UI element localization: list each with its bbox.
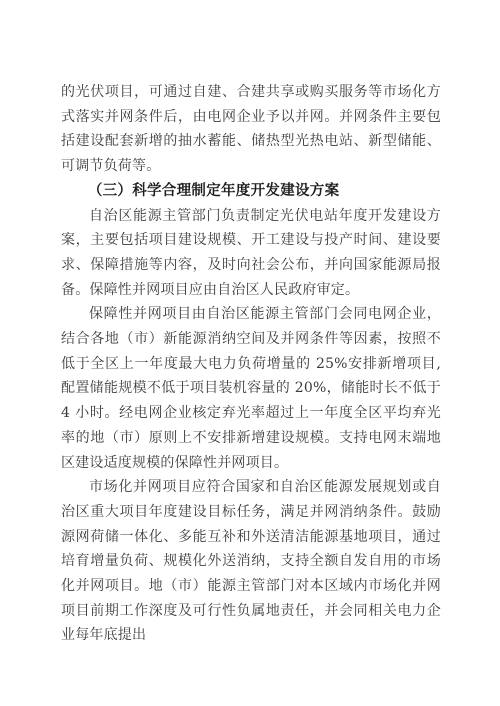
section-heading: （三）科学合理制定年度开发建设方案 <box>61 179 441 204</box>
paragraph: 市场化并网项目应符合国家和自治区能源发展规划或自治区重大项目年度建设目标任务，满… <box>61 475 441 648</box>
document-page: 的光伏项目，可通过自建、合建共享或购买服务等市场化方式落实并网条件后，由电网企业… <box>0 0 500 706</box>
document-body: 的光伏项目，可通过自建、合建共享或购买服务等市场化方式落实并网条件后，由电网企业… <box>61 80 441 648</box>
paragraph: 自治区能源主管部门负责制定光伏电站年度开发建设方案，主要包括项目建设规模、开工建… <box>61 204 441 303</box>
paragraph: 保障性并网项目由自治区能源主管部门会同电网企业，结合各地（市）新能源消纳空间及并… <box>61 302 441 475</box>
paragraph: 的光伏项目，可通过自建、合建共享或购买服务等市场化方式落实并网条件后，由电网企业… <box>61 80 441 179</box>
